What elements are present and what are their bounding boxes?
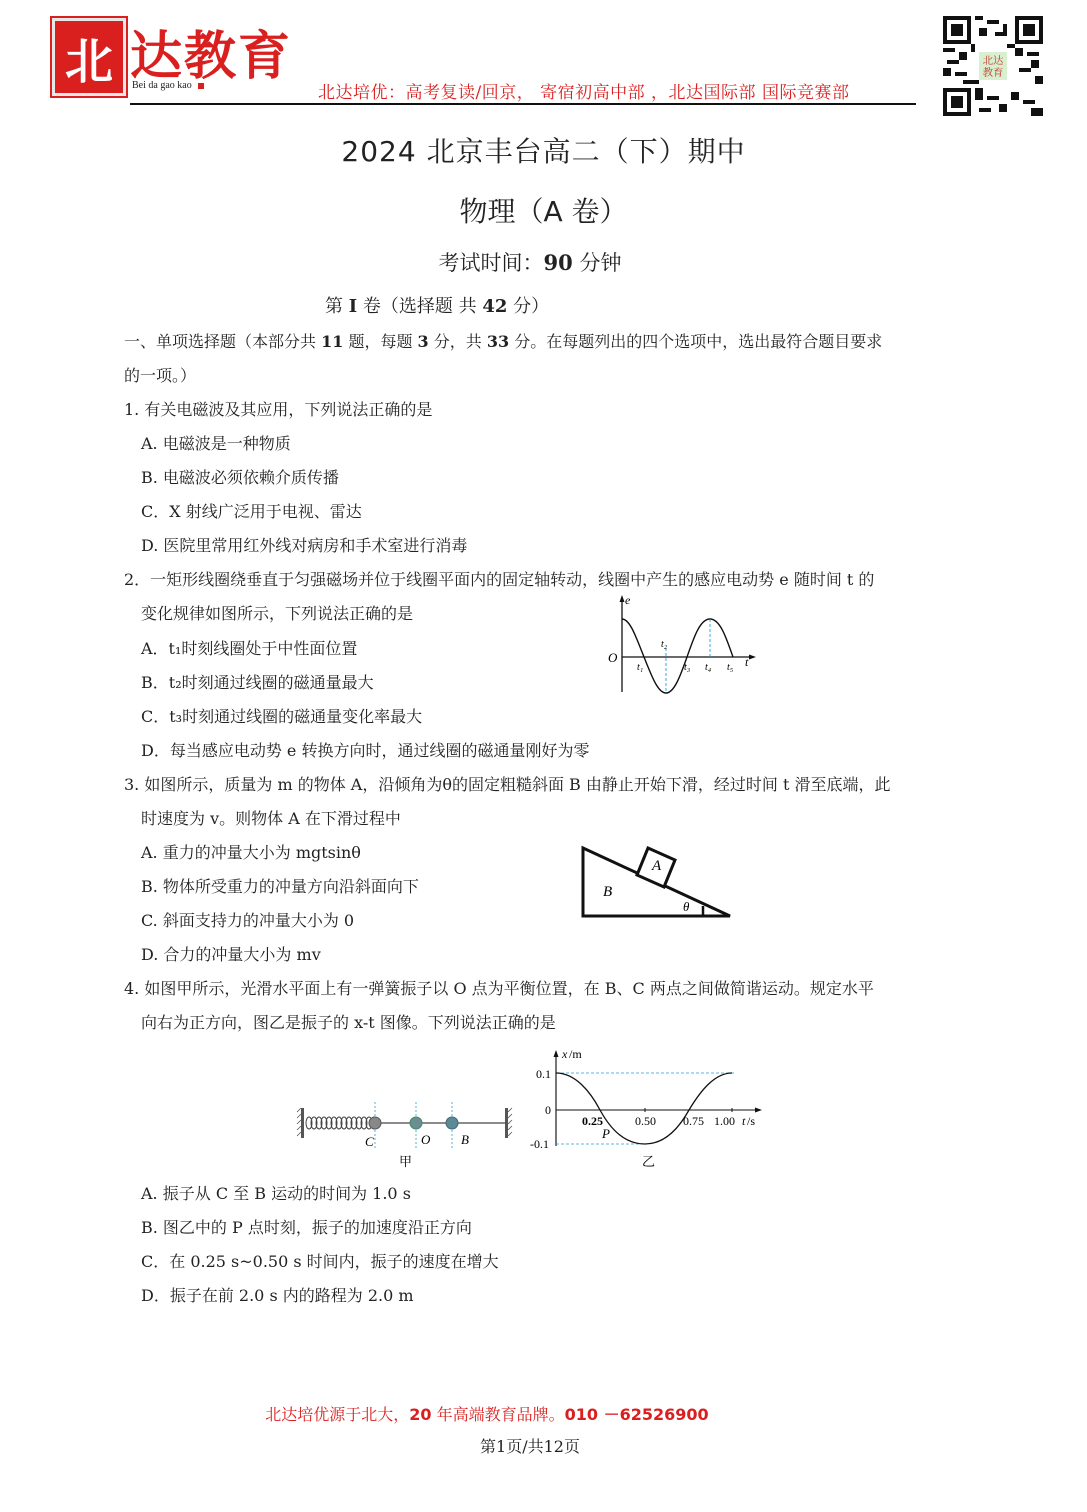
- svg-text:B: B: [461, 1132, 469, 1147]
- promo-a: 北达培优源于北大，: [265, 1405, 409, 1424]
- intro-count: 11: [321, 332, 343, 351]
- logo-text: 达教育: [130, 14, 292, 89]
- question-3-figure-incline: A B θ: [575, 840, 740, 925]
- question-3-option-b[interactable]: B. 物体所受重力的冲量方向沿斜面向下: [141, 877, 419, 897]
- section-suffix: 分）: [507, 296, 549, 317]
- logo-subtitle: Bei da gao kao: [132, 80, 204, 91]
- intro-total: 33: [487, 332, 509, 351]
- svg-text:乙: 乙: [642, 1154, 655, 1169]
- svg-text:0.1: 0.1: [536, 1067, 551, 1081]
- promo-years: 20: [409, 1405, 431, 1424]
- svg-text:P: P: [601, 1126, 610, 1141]
- question-2-stem-line-1: 2．一矩形线圈绕垂直于匀强磁场并位于线圈平面内的固定轴转动，线圈中产生的感应电动…: [124, 570, 874, 590]
- svg-text:C: C: [365, 1134, 374, 1149]
- question-3-option-c[interactable]: C. 斜面支持力的冲量大小为 0: [141, 911, 354, 931]
- qr-code-icon: 北达 教育: [943, 16, 1043, 116]
- question-4-stem-line-2: 向右为正方向，图乙是振子的 x-t 图像。下列说法正确的是: [141, 1013, 556, 1033]
- question-1-option-d[interactable]: D. 医院里常用红外线对病房和手术室进行消毒: [141, 536, 467, 556]
- svg-text:t₄: t₄: [705, 662, 712, 673]
- question-1-option-c[interactable]: C．X 射线广泛用于电视、雷达: [141, 502, 362, 522]
- intro-c: 分，共: [429, 332, 487, 351]
- svg-text:θ: θ: [683, 899, 690, 914]
- header-slogan: 北达培优：高考复读/回京， 寄宿初高中部 ，北达国际部 国际竞赛部: [318, 78, 849, 103]
- logo-sub-text: Bei da gao kao: [132, 80, 192, 91]
- question-3-stem-line-2: 时速度为 v。则物体 A 在下滑过程中: [141, 809, 401, 829]
- question-4-option-d[interactable]: D．振子在前 2.0 s 内的路程为 2.0 m: [141, 1286, 414, 1306]
- part-intro-line-1: 一、单项选择题（本部分共 11 题，每题 3 分，共 33 分。在每题列出的四个…: [124, 332, 882, 352]
- question-2-option-d[interactable]: D．每当感应电动势 e 转换方向时，通过线圈的磁通量刚好为零: [141, 741, 589, 761]
- intro-a: 一、单项选择题（本部分共: [124, 332, 321, 351]
- svg-text:1.00: 1.00: [714, 1114, 735, 1128]
- question-2-option-b[interactable]: B．t₂时刻通过线圈的磁通量最大: [141, 673, 374, 693]
- question-2-figure-e-t-graph: e O t₁ t₂ t₃ t₄ t₅ t: [600, 592, 770, 697]
- question-3-option-a[interactable]: A. 重力的冲量大小为 mgtsinθ: [141, 843, 361, 863]
- svg-text:t₁: t₁: [637, 662, 643, 673]
- svg-text:O: O: [421, 1132, 431, 1147]
- question-4-figure-jia-spring: C O B 甲: [295, 1090, 520, 1170]
- question-2-option-c[interactable]: C．t₃时刻通过线圈的磁通量变化率最大: [141, 707, 422, 727]
- question-4-stem-line-1: 4. 如图甲所示，光滑水平面上有一弹簧振子以 O 点为平衡位置，在 B、C 两点…: [124, 979, 874, 999]
- svg-text:B: B: [603, 884, 612, 900]
- svg-text:北达: 北达: [983, 54, 1004, 67]
- section-mid: 卷（选择题 共: [357, 296, 482, 317]
- question-3-stem-line-1: 3. 如图所示，质量为 m 的物体 A，沿倾角为θ的固定粗糙斜面 B 由静止开始…: [124, 775, 891, 795]
- question-1-stem: 1. 有关电磁波及其应用，下列说法正确的是: [124, 400, 432, 420]
- exam-title: 2024 北京丰台高二（下）期中: [0, 130, 1087, 170]
- svg-text:教育: 教育: [983, 66, 1004, 79]
- subject-title: 物理（A 卷）: [0, 190, 1087, 230]
- logo-char: 北: [65, 23, 113, 92]
- svg-text:/m: /m: [569, 1047, 582, 1061]
- question-2-option-a[interactable]: A．t₁时刻线圈处于中性面位置: [141, 639, 357, 659]
- logo-mark: 北: [52, 18, 126, 96]
- question-4-figure-yi-x-t-graph: x/m 0.1 0 -0.1 0.25 0.50 0.75 1.00 t/s P…: [525, 1046, 770, 1171]
- question-1-option-a[interactable]: A. 电磁波是一种物质: [141, 434, 291, 454]
- promo-c: 年高端教育品牌。: [432, 1405, 565, 1424]
- header-divider: [130, 103, 916, 105]
- duration-unit: 分钟: [573, 251, 622, 275]
- svg-text:A: A: [651, 858, 662, 874]
- question-4-option-b[interactable]: B. 图乙中的 P 点时刻，振子的加速度沿正方向: [141, 1218, 472, 1238]
- intro-b: 题，每题: [343, 332, 417, 351]
- intro-each: 3: [418, 332, 429, 351]
- graph-e-label: e: [625, 593, 631, 607]
- svg-text:0.50: 0.50: [635, 1114, 656, 1128]
- promo-phone: 010 －62526900: [565, 1405, 709, 1424]
- question-4-option-a[interactable]: A. 振子从 C 至 B 运动的时间为 1.0 s: [141, 1184, 411, 1204]
- section-score: 42: [482, 296, 507, 317]
- svg-text:0.75: 0.75: [683, 1114, 704, 1128]
- svg-text:t₃: t₃: [684, 662, 691, 673]
- section-prefix: 第: [325, 296, 349, 317]
- exam-duration: 考试时间：90 分钟: [0, 247, 1060, 277]
- duration-label: 考试时间：: [439, 251, 544, 275]
- svg-text:O: O: [608, 650, 618, 665]
- svg-text:t₂: t₂: [661, 639, 668, 650]
- question-1-option-b[interactable]: B. 电磁波必须依赖介质传播: [141, 468, 339, 488]
- section-roman: I: [349, 296, 357, 317]
- svg-text:0: 0: [545, 1103, 551, 1117]
- question-3-option-d[interactable]: D. 合力的冲量大小为 mv: [141, 945, 321, 965]
- svg-text:0.25: 0.25: [582, 1114, 603, 1128]
- intro-d: 分。在每题列出的四个选项中，选出最符合题目要求: [509, 332, 882, 351]
- svg-text:甲: 甲: [399, 1154, 412, 1169]
- footer-promo: 北达培优源于北大，20 年高端教育品牌。010 －62526900: [0, 1402, 974, 1425]
- question-4-option-c[interactable]: C．在 0.25 s~0.50 s 时间内，振子的速度在增大: [141, 1252, 499, 1272]
- svg-text:t: t: [742, 1114, 746, 1128]
- svg-text:x: x: [561, 1047, 568, 1061]
- part-intro-line-2: 的一项。）: [124, 366, 196, 386]
- question-2-stem-line-2: 变化规律如图所示，下列说法正确的是: [141, 604, 413, 624]
- duration-value: 90: [544, 250, 573, 275]
- section-title: 第 I 卷（选择题 共 42 分）: [325, 292, 549, 318]
- logo-square-icon: [198, 83, 204, 89]
- svg-text:/s: /s: [747, 1114, 755, 1128]
- page-number: 第1页/共12页: [0, 1434, 1060, 1457]
- svg-text:t₅: t₅: [727, 662, 734, 673]
- svg-text:-0.1: -0.1: [530, 1137, 549, 1151]
